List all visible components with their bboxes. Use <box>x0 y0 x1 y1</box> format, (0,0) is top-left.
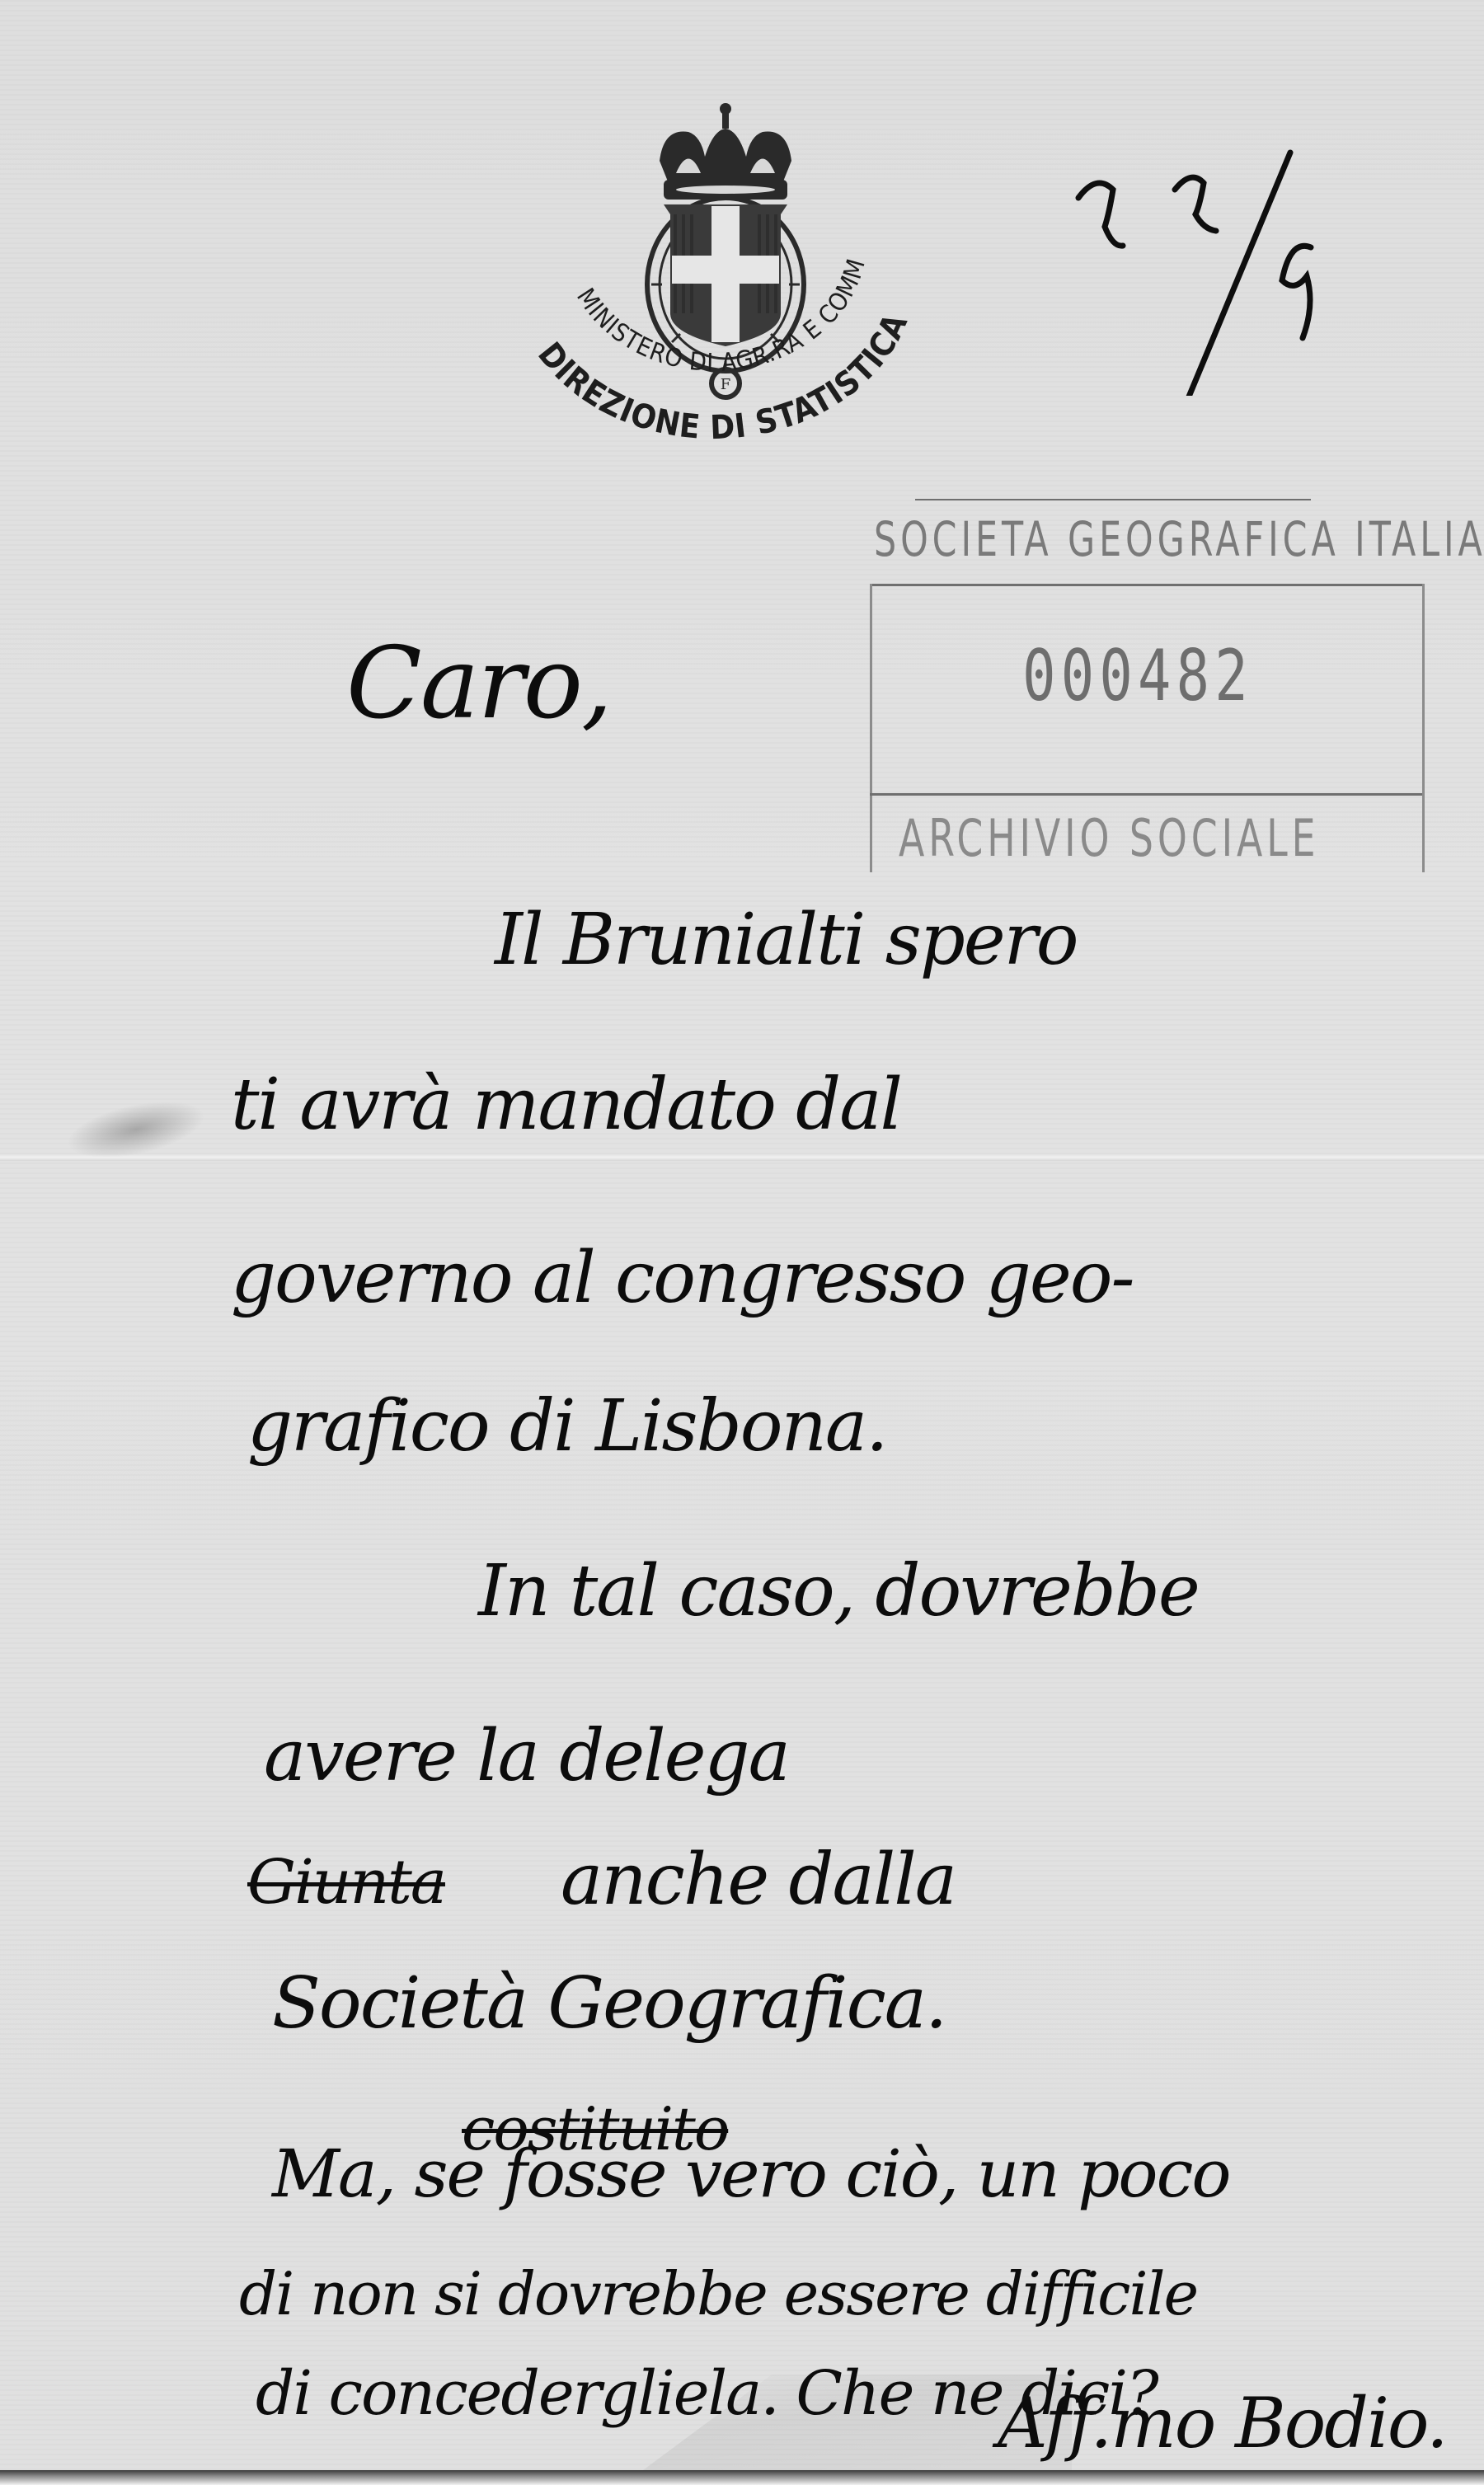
stamp-archive-label: ARCHIVIO SOCIALE <box>899 808 1331 868</box>
letter-line: governo al congresso geo- <box>231 1237 1134 1319</box>
letter-line: anche dalla <box>561 1839 956 1921</box>
letter-line: avere la delega <box>264 1715 789 1797</box>
letter-line: di non si dovrebbe essere difficile <box>239 2259 1197 2328</box>
svg-text:MINISTERO DI AGR.RA E COMMERCI: MINISTERO DI AGR.RA E COMMERCIO <box>511 99 871 378</box>
crossed-out-word: Giunta <box>247 1847 445 1918</box>
letter-line: grafico di Lisbona. <box>247 1385 887 1468</box>
stamp-society-name: SOCIETA GEOGRAFICA ITALIANA <box>874 511 1334 567</box>
handwritten-date-icon <box>1031 124 1327 396</box>
stamp-rule <box>870 584 1422 586</box>
letter-line: Ma, se fosse vero ciò, un poco <box>272 2135 1230 2212</box>
signature: Aff.mo Bodio. <box>998 2383 1447 2464</box>
date-annotation: 22/9 <box>1031 124 1327 396</box>
stamp-top-rule <box>915 499 1311 500</box>
stamp-left-border <box>870 584 872 872</box>
page-bottom-edge <box>0 2470 1484 2485</box>
letter-line: ti avrà mandato dal <box>231 1064 901 1146</box>
letter-line: In tal caso, dovrebbe <box>478 1550 1199 1632</box>
letterhead: F MINISTERO DI AGR.RA E COMMERCIO DIREZI… <box>511 99 940 511</box>
fold-crease <box>0 1154 1484 1161</box>
salutation: Caro, <box>346 627 611 741</box>
letter-line: Il Brunialti spero <box>495 899 1078 981</box>
stamp-right-border <box>1422 584 1425 872</box>
archive-number: 000482 <box>1003 635 1273 717</box>
letterhead-arc-text: MINISTERO DI AGR.RA E COMMERCIO DIREZION… <box>511 99 940 511</box>
letter-line: Società Geografica. <box>272 1962 946 2045</box>
ministry-name: MINISTERO DI AGR.RA E COMMERCIO <box>511 99 871 378</box>
stamp-rule <box>870 793 1422 796</box>
archive-stamp: SOCIETA GEOGRAFICA ITALIANA 000482 ARCHI… <box>849 486 1426 874</box>
